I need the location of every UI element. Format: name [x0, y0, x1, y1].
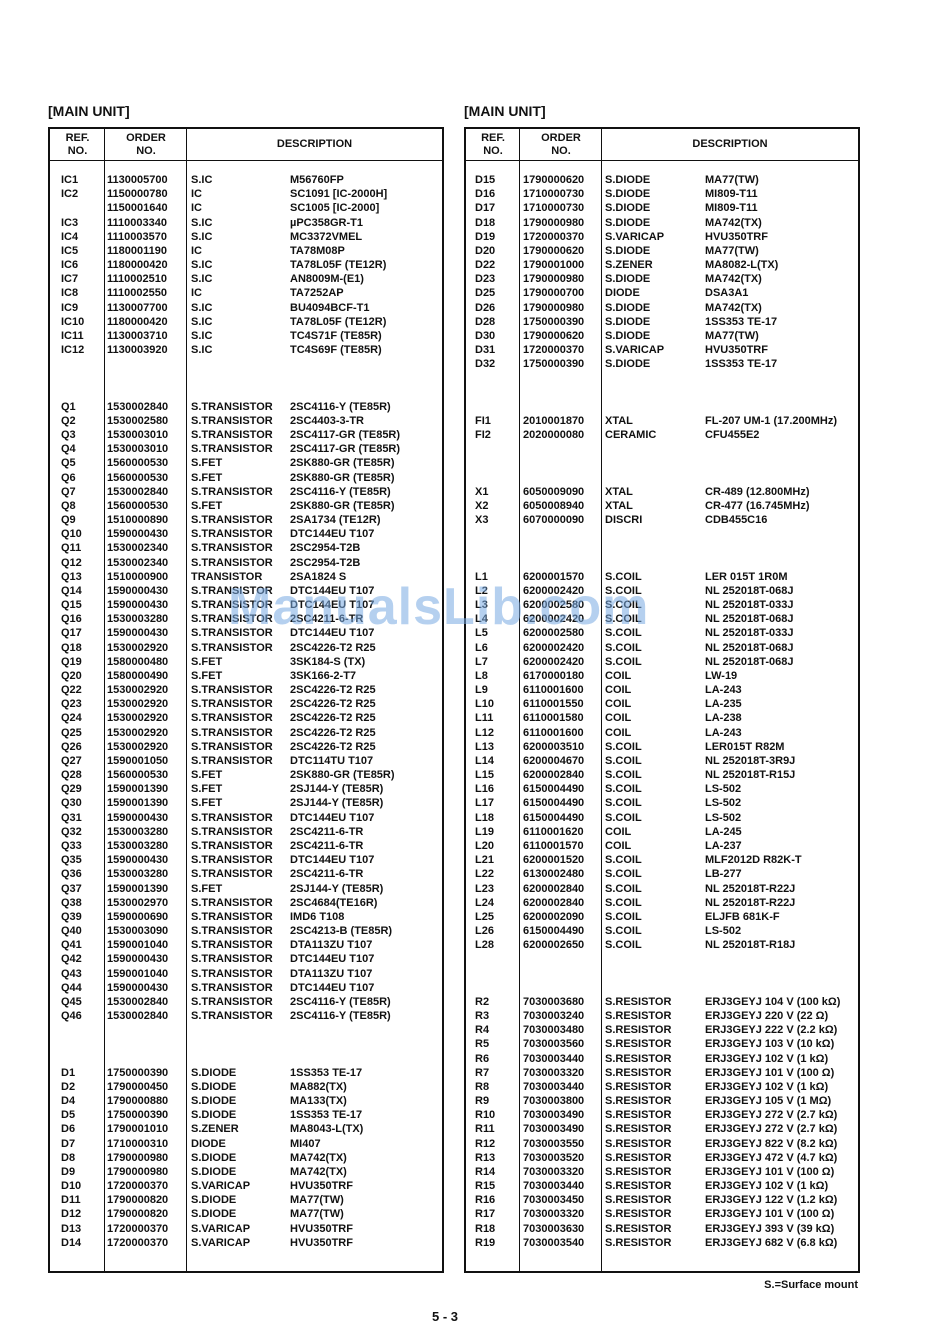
table-row: IC51180001190ICTA78M08P	[50, 244, 442, 258]
order-no-cell: 7030003560	[523, 1037, 584, 1051]
part-name-cell: MA742(TX)	[705, 216, 762, 230]
part-name-cell: TA78M08P	[290, 244, 345, 258]
header-order-line1: ORDER	[126, 132, 166, 145]
part-type-cell: S.RESISTOR	[605, 1122, 671, 1136]
part-type-cell: S.TRANSISTOR	[191, 641, 273, 655]
part-name-cell: CR-489 (12.800MHz)	[705, 485, 810, 499]
part-name-cell: ERJ3GEYJ 102 V (1 kΩ)	[705, 1080, 828, 1094]
table-row: Q241530002920S.TRANSISTOR2SC4226-T2 R25	[50, 711, 442, 725]
part-type-cell: S.DIODE	[605, 187, 650, 201]
part-name-cell: NL 252018T-R18J	[705, 938, 795, 952]
part-name-cell: HVU350TRF	[290, 1236, 353, 1250]
right-section-title: [MAIN UNIT]	[464, 103, 546, 119]
order-no-cell: 1790000980	[523, 216, 584, 230]
order-no-cell: 7030003440	[523, 1052, 584, 1066]
part-name-cell: LA-235	[705, 697, 742, 711]
part-name-cell: HVU350TRF	[705, 343, 768, 357]
ref-no-cell: D5	[61, 1108, 75, 1122]
part-type-cell: S.TRANSISTOR	[191, 527, 273, 541]
order-no-cell: 1720000370	[523, 343, 584, 357]
part-type-cell: S.COIL	[605, 740, 642, 754]
part-name-cell: LER015T R82M	[705, 740, 784, 754]
order-no-cell: 6200002420	[523, 655, 584, 669]
ref-no-cell: D13	[61, 1222, 81, 1236]
table-row: R87030003440S.RESISTORERJ3GEYJ 102 V (1 …	[466, 1080, 858, 1094]
ref-no-cell: R10	[475, 1108, 495, 1122]
table-row: L206110001570COILLA-237	[466, 839, 858, 853]
table-row: X16050009090XTALCR-489 (12.800MHz)	[466, 485, 858, 499]
ref-no-cell: D23	[475, 272, 495, 286]
part-name-cell: MA77(TW)	[705, 329, 759, 343]
ref-no-cell: IC2	[61, 187, 78, 201]
ref-no-cell: IC11	[61, 329, 84, 343]
part-name-cell: MA742(TX)	[705, 301, 762, 315]
part-type-cell: S.COIL	[605, 811, 642, 825]
order-no-cell: 1530002840	[107, 1009, 168, 1023]
ref-no-cell: IC8	[61, 286, 78, 300]
part-name-cell: 2SJ144-Y (TE85R)	[290, 882, 383, 896]
table-row: Q91510000890S.TRANSISTOR2SA1734 (TE12R)	[50, 513, 442, 527]
part-name-cell: NL 252018T-068J	[705, 655, 793, 669]
order-no-cell: 1560000530	[107, 471, 168, 485]
part-name-cell: DTC144EU T107	[290, 952, 374, 966]
table-row: L246200002840S.COILNL 252018T-R22J	[466, 896, 858, 910]
order-no-cell: 1110003340	[107, 216, 167, 230]
table-header: REF. NO. ORDER NO. DESCRIPTION	[50, 129, 442, 161]
part-name-cell: 2SC4403-3-TR	[290, 414, 364, 428]
table-row: D151790000620S.DIODEMA77(TW)	[466, 173, 858, 187]
part-type-cell: S.TRANSISTOR	[191, 541, 273, 555]
ref-no-cell: Q23	[61, 697, 82, 711]
order-no-cell: 1590001390	[107, 882, 168, 896]
part-name-cell: ERJ3GEYJ 682 V (6.8 kΩ)	[705, 1236, 837, 1250]
order-no-cell: 1590001050	[107, 754, 168, 768]
order-no-cell: 1590000430	[107, 981, 168, 995]
part-type-cell: S.TRANSISTOR	[191, 910, 273, 924]
table-row: R127030003550S.RESISTORERJ3GEYJ 822 V (8…	[466, 1137, 858, 1151]
table-row: IC91130007700S.ICBU4094BCF-T1	[50, 301, 442, 315]
order-no-cell: 1530002920	[107, 697, 168, 711]
ref-no-cell: D7	[61, 1137, 75, 1151]
table-row: Q441590000430S.TRANSISTORDTC144EU T107	[50, 981, 442, 995]
part-type-cell: S.TRANSISTOR	[191, 711, 273, 725]
header-ref-no: REF. NO.	[50, 129, 105, 160]
ref-no-cell: R14	[475, 1165, 495, 1179]
part-type-cell: S.TRANSISTOR	[191, 754, 273, 768]
part-name-cell: NL 252018T-R22J	[705, 896, 795, 910]
part-type-cell: S.IC	[191, 301, 212, 315]
part-type-cell: S.COIL	[605, 598, 642, 612]
ref-no-cell: Q40	[61, 924, 82, 938]
ref-no-cell: Q42	[61, 952, 82, 966]
part-type-cell: S.DIODE	[605, 173, 650, 187]
table-row: X36070000090DISCRICDB455C16	[466, 513, 858, 527]
part-name-cell: ERJ3GEYJ 101 V (100 Ω)	[705, 1207, 834, 1221]
part-name-cell: 2SJ144-Y (TE85R)	[290, 796, 383, 810]
part-name-cell: 2SK880-GR (TE85R)	[290, 768, 395, 782]
table-row: R107030003490S.RESISTORERJ3GEYJ 272 V (2…	[466, 1108, 858, 1122]
part-type-cell: S.COIL	[605, 853, 642, 867]
ref-no-cell: L16	[475, 782, 494, 796]
ref-no-cell: Q22	[61, 683, 82, 697]
ref-no-cell: L20	[475, 839, 494, 853]
order-no-cell: 1530002580	[107, 414, 168, 428]
right-parts-table: REF. NO. ORDER NO. DESCRIPTION D15179000…	[464, 127, 860, 1273]
table-row: Q151590000430S.TRANSISTORDTC144EU T107	[50, 598, 442, 612]
order-no-cell: 6110001550	[523, 697, 584, 711]
part-name-cell: TA7252AP	[290, 286, 344, 300]
ref-no-cell: L13	[475, 740, 494, 754]
part-type-cell: S.TRANSISTOR	[191, 1009, 273, 1023]
part-type-cell: S.TRANSISTOR	[191, 485, 273, 499]
ref-no-cell: Q30	[61, 796, 82, 810]
left-section-title: [MAIN UNIT]	[48, 103, 130, 119]
page-number: 5 - 3	[432, 1309, 458, 1324]
part-name-cell: DSA3A1	[705, 286, 748, 300]
order-no-cell: 1180000420	[107, 258, 168, 272]
order-no-cell: 6200002580	[523, 626, 584, 640]
ref-no-cell: D2	[61, 1080, 75, 1094]
part-type-cell: S.FET	[191, 499, 222, 513]
table-row: D201790000620S.DIODEMA77(TW)	[466, 244, 858, 258]
order-no-cell: 1710000730	[523, 187, 584, 201]
ref-no-cell: IC10	[61, 315, 84, 329]
order-no-cell: 6130002480	[523, 867, 584, 881]
ref-no-cell: IC12	[61, 343, 84, 357]
ref-no-cell: L14	[475, 754, 494, 768]
part-type-cell: S.TRANSISTOR	[191, 811, 273, 825]
table-row: Q271590001050S.TRANSISTORDTC114TU T107	[50, 754, 442, 768]
ref-no-cell: L2	[475, 584, 488, 598]
table-row: Q41530003010S.TRANSISTOR2SC4117-GR (TE85…	[50, 442, 442, 456]
part-name-cell: 2SK880-GR (TE85R)	[290, 499, 395, 513]
part-name-cell: MA742(TX)	[290, 1151, 347, 1165]
order-no-cell: 1750000390	[523, 315, 584, 329]
part-name-cell: 2SC4116-Y (TE85R)	[290, 400, 391, 414]
ref-no-cell: D9	[61, 1165, 75, 1179]
ref-no-cell: X3	[475, 513, 488, 527]
order-no-cell: 6200002840	[523, 882, 584, 896]
ref-no-cell: IC7	[61, 272, 78, 286]
ref-no-cell: L12	[475, 726, 494, 740]
ref-no-cell: Q29	[61, 782, 82, 796]
ref-no-cell: Q36	[61, 867, 82, 881]
table-row: D311720000370S.VARICAPHVU350TRF	[466, 343, 858, 357]
part-type-cell: S.COIL	[605, 626, 642, 640]
part-type-cell: S.TRANSISTOR	[191, 867, 273, 881]
order-no-cell: 1590000430	[107, 584, 168, 598]
order-no-cell: 6200002580	[523, 598, 584, 612]
table-row: R27030003680S.RESISTORERJ3GEYJ 104 V (10…	[466, 995, 858, 1009]
part-name-cell: IMD6 T108	[290, 910, 344, 924]
table-row: R197030003540S.RESISTORERJ3GEYJ 682 V (6…	[466, 1236, 858, 1250]
part-type-cell: S.COIL	[605, 655, 642, 669]
table-row: IC41110003570S.ICMC3372VMEL	[50, 230, 442, 244]
ref-no-cell: Q45	[61, 995, 82, 1009]
part-type-cell: DISCRI	[605, 513, 642, 527]
table-row: L236200002840S.COILNL 252018T-R22J	[466, 882, 858, 896]
order-no-cell: 1590000430	[107, 853, 168, 867]
ref-no-cell: R7	[475, 1066, 489, 1080]
part-name-cell: 2SC4117-GR (TE85R)	[290, 442, 400, 456]
order-no-cell: 1130005700	[107, 173, 168, 187]
ref-no-cell: Q5	[61, 456, 76, 470]
order-no-cell: 1530003280	[107, 825, 168, 839]
part-type-cell: S.COIL	[605, 896, 642, 910]
part-name-cell: ERJ3GEYJ 104 V (100 kΩ)	[705, 995, 840, 1009]
ref-no-cell: D12	[61, 1207, 81, 1221]
order-no-cell: 7030003480	[523, 1023, 584, 1037]
table-row: D111790000820S.DIODEMA77(TW)	[50, 1193, 442, 1207]
order-no-cell: 1580000480	[107, 655, 168, 669]
order-no-cell: 1530002920	[107, 726, 168, 740]
part-type-cell: S.DIODE	[605, 301, 650, 315]
table-row: L46200002420S.COILNL 252018T-068J	[466, 612, 858, 626]
part-name-cell: 2SC4211-6-TR	[290, 612, 363, 626]
order-no-cell: 1790000620	[523, 173, 584, 187]
ref-no-cell: D4	[61, 1094, 75, 1108]
table-row: L256200002090S.COILELJFB 681K-F	[466, 910, 858, 924]
table-row: Q51560000530S.FET2SK880-GR (TE85R)	[50, 456, 442, 470]
table-row: IC11130005700S.ICM56760FP	[50, 173, 442, 187]
part-name-cell: ERJ3GEYJ 472 V (4.7 kΩ)	[705, 1151, 837, 1165]
table-row: Q21530002580S.TRANSISTOR2SC4403-3-TR	[50, 414, 442, 428]
ref-no-cell: Q39	[61, 910, 82, 924]
part-name-cell: µPC358GR-T1	[290, 216, 363, 230]
order-no-cell: 7030003550	[523, 1137, 584, 1151]
part-type-cell: S.COIL	[605, 612, 642, 626]
ref-no-cell: Q8	[61, 499, 76, 513]
part-name-cell: HVU350TRF	[290, 1179, 353, 1193]
ref-no-cell: R3	[475, 1009, 489, 1023]
part-name-cell: 2SC4116-Y (TE85R)	[290, 485, 391, 499]
ref-no-cell: L21	[475, 853, 494, 867]
part-name-cell: DTA113ZU T107	[290, 967, 372, 981]
table-row: L56200002580S.COILNL 252018T-033J	[466, 626, 858, 640]
part-type-cell: S.COIL	[605, 910, 642, 924]
part-type-cell: COIL	[605, 697, 631, 711]
ref-no-cell: D22	[475, 258, 495, 272]
order-no-cell: 6150004490	[523, 811, 584, 825]
part-type-cell: S.VARICAP	[191, 1222, 250, 1236]
table-row: D281750000390S.DIODE1SS353 TE-17	[466, 315, 858, 329]
part-type-cell: S.TRANSISTOR	[191, 853, 273, 867]
part-name-cell: MA77(TW)	[705, 173, 759, 187]
order-no-cell: 6150004490	[523, 924, 584, 938]
table-row: Q351590000430S.TRANSISTORDTC144EU T107	[50, 853, 442, 867]
table-row: Q181530002920S.TRANSISTOR2SC4226-T2 R25	[50, 641, 442, 655]
table-row: L286200002650S.COILNL 252018T-R18J	[466, 938, 858, 952]
part-type-cell: S.DIODE	[605, 315, 650, 329]
part-type-cell: S.IC	[191, 230, 212, 244]
part-name-cell: 2SC4213-B (TE85R)	[290, 924, 392, 938]
table-row: L16200001570S.COILLER 015T 1R0M	[466, 570, 858, 584]
table-row: R77030003320S.RESISTORERJ3GEYJ 101 V (10…	[466, 1066, 858, 1080]
table-row: Q101590000430S.TRANSISTORDTC144EU T107	[50, 527, 442, 541]
table-row: R37030003240S.RESISTORERJ3GEYJ 220 V (22…	[466, 1009, 858, 1023]
ref-no-cell: L9	[475, 683, 488, 697]
part-type-cell: S.RESISTOR	[605, 1094, 671, 1108]
ref-no-cell: R8	[475, 1080, 489, 1094]
part-type-cell: S.TRANSISTOR	[191, 967, 273, 981]
table-row: R47030003480S.RESISTORERJ3GEYJ 222 V (2.…	[466, 1023, 858, 1037]
table-row: L66200002420S.COILNL 252018T-068J	[466, 641, 858, 655]
ref-no-cell: Q27	[61, 754, 82, 768]
part-name-cell: AN8009M-(E1)	[290, 272, 364, 286]
part-type-cell: COIL	[605, 669, 631, 683]
part-type-cell: S.RESISTOR	[605, 1009, 671, 1023]
part-name-cell: DTC144EU T107	[290, 811, 374, 825]
ref-no-cell: R2	[475, 995, 489, 1009]
ref-no-cell: R5	[475, 1037, 489, 1051]
part-name-cell: NL 252018T-R22J	[705, 882, 795, 896]
table-row: IC111130003710S.ICTC4S71F (TE85R)	[50, 329, 442, 343]
part-type-cell: S.FET	[191, 669, 222, 683]
ref-no-cell: L7	[475, 655, 488, 669]
ref-no-cell: L24	[475, 896, 494, 910]
ref-no-cell: L19	[475, 825, 494, 839]
part-type-cell: S.FET	[191, 796, 222, 810]
part-name-cell: DTC144EU T107	[290, 626, 374, 640]
part-type-cell: S.TRANSISTOR	[191, 697, 273, 711]
part-type-cell: S.FET	[191, 456, 222, 470]
part-name-cell: ERJ3GEYJ 105 V (1 MΩ)	[705, 1094, 831, 1108]
part-name-cell: 2SC4117-GR (TE85R)	[290, 428, 400, 442]
order-no-cell: 1530003280	[107, 867, 168, 881]
ref-no-cell: Q44	[61, 981, 82, 995]
part-name-cell: MA742(TX)	[290, 1165, 347, 1179]
order-no-cell: 1590001390	[107, 782, 168, 796]
order-no-cell: 6200002650	[523, 938, 584, 952]
part-name-cell: 2SC4116-Y (TE85R)	[290, 1009, 391, 1023]
part-type-cell: S.IC	[191, 258, 212, 272]
table-row: Q251530002920S.TRANSISTOR2SC4226-T2 R25	[50, 726, 442, 740]
ref-no-cell: D28	[475, 315, 495, 329]
order-no-cell: 1790000700	[523, 286, 584, 300]
table-row: D261790000980S.DIODEMA742(TX)	[466, 301, 858, 315]
ref-no-cell: R15	[475, 1179, 495, 1193]
table-row: L226130002480S.COILLB-277	[466, 867, 858, 881]
ref-no-cell: R16	[475, 1193, 495, 1207]
part-name-cell: LER 015T 1R0M	[705, 570, 788, 584]
order-no-cell: 1590001040	[107, 938, 168, 952]
part-name-cell: 2SC4211-6-TR	[290, 867, 363, 881]
table-row: Q81560000530S.FET2SK880-GR (TE85R)	[50, 499, 442, 513]
table-row: Q421590000430S.TRANSISTORDTC144EU T107	[50, 952, 442, 966]
part-type-cell: S.DIODE	[191, 1094, 236, 1108]
part-name-cell: 2SC4226-T2 R25	[290, 683, 376, 697]
table-row: D121790000820S.DIODEMA77(TW)	[50, 1207, 442, 1221]
table-row: L166150004490S.COILLS-502	[466, 782, 858, 796]
part-type-cell: S.COIL	[605, 796, 642, 810]
part-name-cell: NL 252018T-3R9J	[705, 754, 795, 768]
ref-no-cell: L1	[475, 570, 488, 584]
table-row: D221790001000S.ZENERMA8082-L(TX)	[466, 258, 858, 272]
part-name-cell: ERJ3GEYJ 102 V (1 kΩ)	[705, 1179, 828, 1193]
table-row: L186150004490S.COILLS-502	[466, 811, 858, 825]
table-row: L266150004490S.COILLS-502	[466, 924, 858, 938]
part-type-cell: S.DIODE	[605, 329, 650, 343]
part-type-cell: IC	[191, 244, 202, 258]
ref-no-cell: R19	[475, 1236, 495, 1250]
order-no-cell: 7030003240	[523, 1009, 584, 1023]
part-name-cell: CFU455E2	[705, 428, 759, 442]
ref-no-cell: L26	[475, 924, 494, 938]
table-row: D251790000700DIODEDSA3A1	[466, 286, 858, 300]
order-no-cell: 1510000890	[107, 513, 168, 527]
order-no-cell: 7030003440	[523, 1179, 584, 1193]
order-no-cell: 7030003490	[523, 1108, 584, 1122]
ref-no-cell: Q31	[61, 811, 82, 825]
ref-no-cell: D32	[475, 357, 495, 371]
order-no-cell: 7030003800	[523, 1094, 584, 1108]
part-type-cell: S.TRANSISTOR	[191, 428, 273, 442]
table-row: L196110001620COILLA-245	[466, 825, 858, 839]
part-name-cell: 2SC4226-T2 R25	[290, 740, 376, 754]
part-name-cell: MA77(TW)	[290, 1193, 344, 1207]
part-type-cell: S.COIL	[605, 938, 642, 952]
ref-no-cell: Q38	[61, 896, 82, 910]
part-type-cell: S.RESISTOR	[605, 1066, 671, 1080]
part-name-cell: NL 252018T-068J	[705, 612, 793, 626]
order-no-cell: 6200002420	[523, 612, 584, 626]
ref-no-cell: Q17	[61, 626, 82, 640]
part-type-cell: XTAL	[605, 485, 633, 499]
order-no-cell: 1590000430	[107, 811, 168, 825]
part-type-cell: XTAL	[605, 414, 633, 428]
order-no-cell: 7030003320	[523, 1165, 584, 1179]
table-row: D71710000310DIODEMI407	[50, 1137, 442, 1151]
ref-no-cell: D15	[475, 173, 495, 187]
part-type-cell: S.FET	[191, 882, 222, 896]
part-type-cell: S.TRANSISTOR	[191, 995, 273, 1009]
order-no-cell: 7030003540	[523, 1236, 584, 1250]
part-type-cell: S.RESISTOR	[605, 1037, 671, 1051]
ref-no-cell: Q46	[61, 1009, 82, 1023]
ref-no-cell: R13	[475, 1151, 495, 1165]
ref-no-cell: L15	[475, 768, 494, 782]
part-type-cell: S.TRANSISTOR	[191, 612, 273, 626]
table-row: IC21150000780ICSC1091 [IC-2000H]	[50, 187, 442, 201]
table-row: R187030003630S.RESISTORERJ3GEYJ 393 V (3…	[466, 1222, 858, 1236]
part-name-cell: LS-502	[705, 924, 741, 938]
ref-no-cell: L4	[475, 612, 488, 626]
part-type-cell: COIL	[605, 683, 631, 697]
table-row: Q121530002340S.TRANSISTOR2SC2954-T2B	[50, 556, 442, 570]
ref-no-cell: Q13	[61, 570, 82, 584]
table-row: X26050008940XTALCR-477 (16.745MHz)	[466, 499, 858, 513]
part-type-cell: IC	[191, 187, 202, 201]
order-no-cell: 1790001010	[107, 1122, 168, 1136]
table-row: L76200002420S.COILNL 252018T-068J	[466, 655, 858, 669]
table-row: Q141590000430S.TRANSISTORDTC144EU T107	[50, 584, 442, 598]
surface-mount-footnote: S.=Surface mount	[764, 1279, 858, 1291]
table-row: Q31530003010S.TRANSISTOR2SC4117-GR (TE85…	[50, 428, 442, 442]
part-name-cell: 2SC4226-T2 R25	[290, 641, 376, 655]
part-name-cell: 2SC4211-6-TR	[290, 825, 363, 839]
table-row: Q281560000530S.FET2SK880-GR (TE85R)	[50, 768, 442, 782]
table-row: D131720000370S.VARICAPHVU350TRF	[50, 1222, 442, 1236]
order-no-cell: 6110001600	[523, 726, 584, 740]
ref-no-cell: L5	[475, 626, 488, 640]
order-no-cell: 6200002840	[523, 896, 584, 910]
table-row: IC101180000420S.ICTA78L05F (TE12R)	[50, 315, 442, 329]
part-name-cell: DTC144EU T107	[290, 598, 374, 612]
table-row: FI22020000080CERAMICCFU455E2	[466, 428, 858, 442]
table-row: R147030003320S.RESISTORERJ3GEYJ 101 V (1…	[466, 1165, 858, 1179]
order-no-cell: 1560000530	[107, 456, 168, 470]
part-name-cell: DTC144EU T107	[290, 981, 374, 995]
